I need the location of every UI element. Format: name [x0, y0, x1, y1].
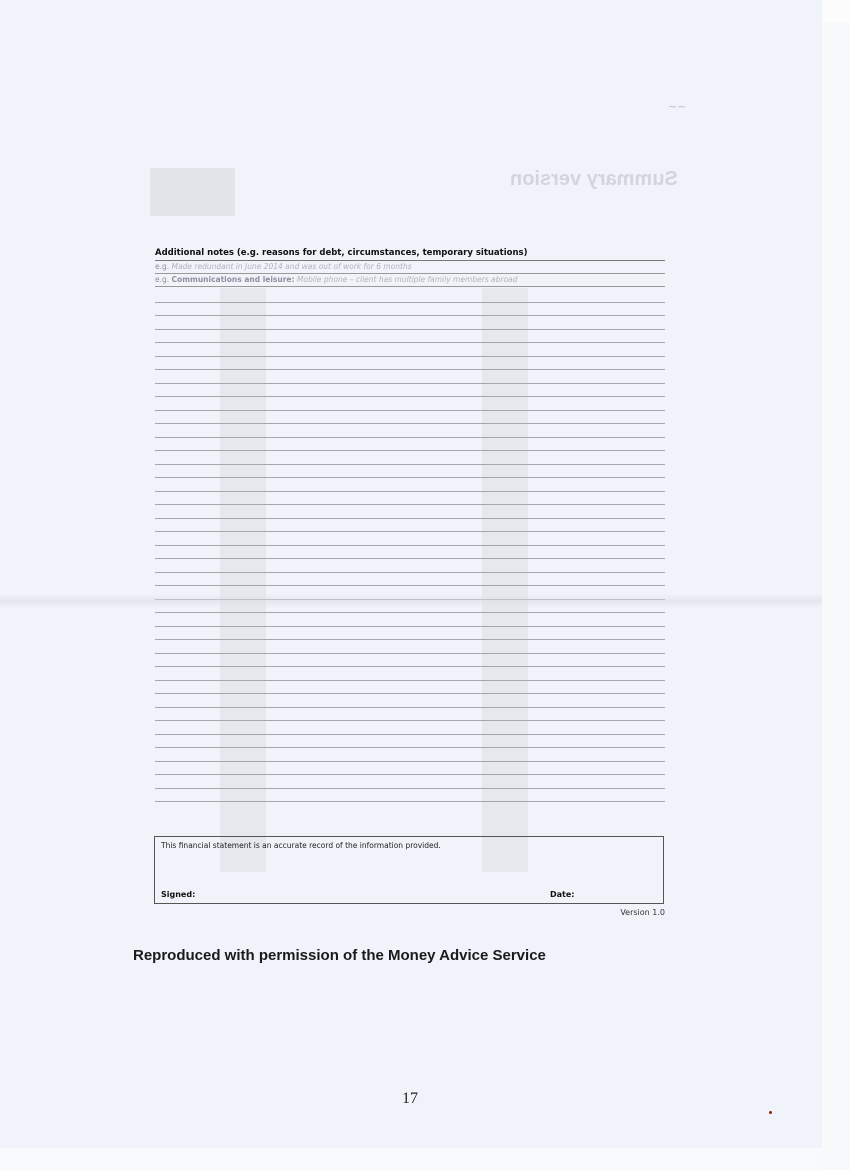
writing-line[interactable]: [155, 681, 665, 695]
example-label: Communications and leisure:: [172, 275, 295, 284]
example-prefix: e.g.: [155, 275, 169, 284]
document-page: Summary version Additional notes (e.g. r…: [0, 0, 822, 1148]
writing-line[interactable]: [155, 762, 665, 776]
writing-line[interactable]: [155, 748, 665, 762]
date-field[interactable]: Date:: [550, 890, 575, 899]
writing-line[interactable]: [155, 370, 665, 384]
notes-writing-lines[interactable]: [155, 289, 665, 802]
punch-hole-mark: ~~: [668, 100, 686, 113]
writing-line[interactable]: [155, 492, 665, 506]
signed-field[interactable]: Signed:: [161, 890, 195, 899]
writing-line[interactable]: [155, 532, 665, 546]
writing-line[interactable]: [155, 789, 665, 803]
writing-line[interactable]: [155, 397, 665, 411]
writing-line[interactable]: [155, 303, 665, 317]
writing-line[interactable]: [155, 465, 665, 479]
declaration-text: This financial statement is an accurate …: [161, 841, 441, 850]
writing-line[interactable]: [155, 519, 665, 533]
writing-line[interactable]: [155, 721, 665, 735]
writing-line[interactable]: [155, 546, 665, 560]
writing-line[interactable]: [155, 667, 665, 681]
writing-line[interactable]: [155, 613, 665, 627]
writing-line[interactable]: [155, 357, 665, 371]
writing-line[interactable]: [155, 627, 665, 641]
writing-line[interactable]: [155, 735, 665, 749]
additional-notes-section: Additional notes (e.g. reasons for debt,…: [155, 247, 665, 287]
writing-line[interactable]: [155, 316, 665, 330]
writing-line[interactable]: [155, 451, 665, 465]
writing-line[interactable]: [155, 775, 665, 789]
writing-line[interactable]: [155, 505, 665, 519]
example-prefix: e.g.: [155, 262, 169, 271]
paper-fold-crease: [0, 594, 822, 608]
writing-line[interactable]: [155, 343, 665, 357]
permission-note: Reproduced with permission of the Money …: [133, 947, 546, 964]
example-row: e.g. Made redundant in June 2014 and was…: [155, 261, 665, 274]
notes-header: Additional notes (e.g. reasons for debt,…: [155, 247, 665, 261]
writing-line[interactable]: [155, 559, 665, 573]
page-number: 17: [380, 1090, 440, 1108]
example-text: Mobile phone – client has multiple famil…: [297, 275, 518, 284]
writing-line[interactable]: [155, 694, 665, 708]
writing-line[interactable]: [155, 438, 665, 452]
writing-line[interactable]: [155, 330, 665, 344]
version-label: Version 1.0: [600, 908, 665, 917]
example-row: e.g. Communications and leisure: Mobile …: [155, 274, 665, 287]
writing-line[interactable]: [155, 289, 665, 303]
writing-line[interactable]: [155, 411, 665, 425]
show-through-title: Summary version: [510, 168, 678, 191]
scanner-border-right: [822, 22, 850, 1170]
show-through-logo-box: [150, 168, 235, 216]
writing-line[interactable]: [155, 654, 665, 668]
writing-line[interactable]: [155, 640, 665, 654]
writing-line[interactable]: [155, 384, 665, 398]
declaration-box: This financial statement is an accurate …: [154, 836, 664, 904]
writing-line[interactable]: [155, 478, 665, 492]
writing-line[interactable]: [155, 424, 665, 438]
writing-line[interactable]: [155, 708, 665, 722]
speck: [769, 1111, 772, 1114]
example-text: Made redundant in June 2014 and was out …: [172, 262, 412, 271]
writing-line[interactable]: [155, 573, 665, 587]
